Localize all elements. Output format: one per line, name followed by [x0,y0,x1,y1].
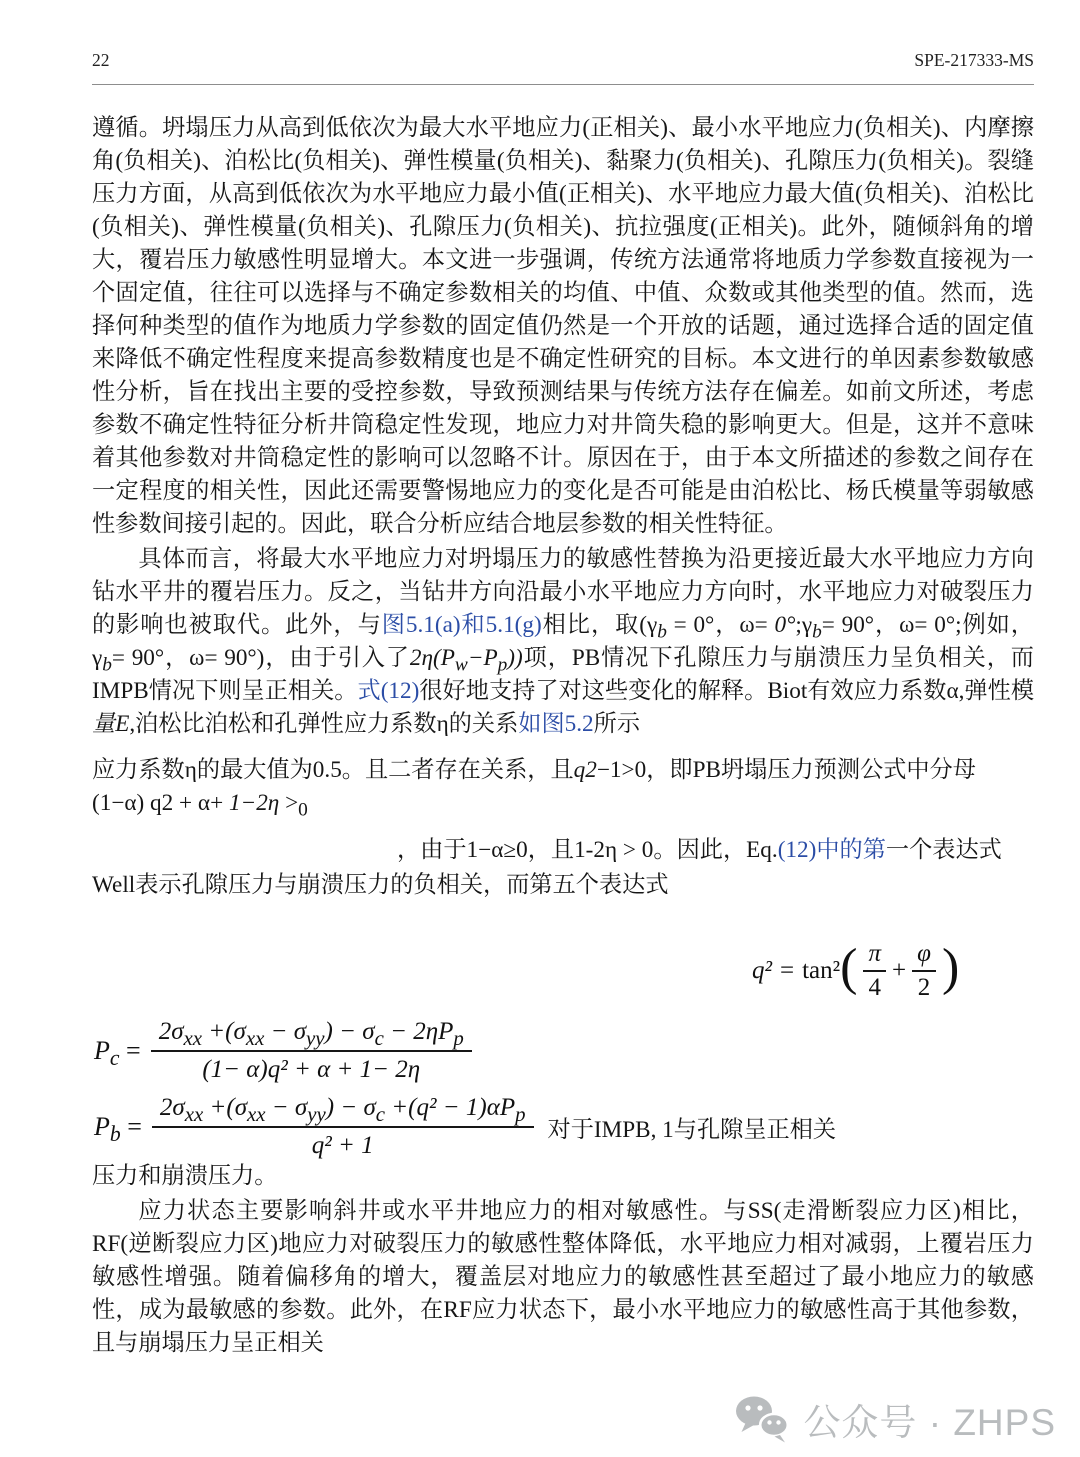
text-run: p [498,655,508,676]
fraction-pi-over-4: π 4 [863,940,886,1002]
text-run: σ [295,1094,307,1121]
text-run: σ [362,1018,374,1045]
inequality-conclusion-line: ，由于1−α≥0，且1-2η > 0。因此，Eq.(12)中的第一个表达式 [92,834,1034,867]
text-run: 2η(P [410,645,455,671]
text-run: σ [363,1094,375,1121]
text-run: yy [306,1026,325,1050]
text-run: ) − [325,1018,363,1045]
text-run: )) [507,645,522,671]
header-divider [92,84,1034,85]
fraction-numerator: π [863,940,886,972]
text-run: σ [233,1018,245,1045]
pc-numerator: 2σxx +(σxx − σyy) − σc − 2ηPp [151,1018,472,1052]
text-run: 应力系数η的最大值为0.5。且二者存在关系，且 [92,757,574,783]
text-run: σ [235,1094,247,1121]
pb-denominator: q² + 1 [304,1128,382,1160]
text-run: xx [184,1026,203,1050]
paragraph-stress-state: 应力状态主要影响斜井或水平井地应力的相对敏感性。与SS(走滑断裂应力区)相比，R… [92,1195,1034,1360]
well-expression-line: Well表示孔隙压力与崩溃压力的负相关，而第五个表达式 [92,869,1034,902]
equation-12-link[interactable]: 式(12) [358,678,420,704]
pc-lhs: Pc = [94,1036,141,1066]
equation-12-link[interactable]: (12)中的第 [778,837,886,863]
text-run: 一个表达式 [886,837,1002,863]
figure-5-1-link[interactable]: 图5.1(a)和5.1(g) [382,612,542,638]
text-run: +( [202,1018,233,1045]
text-run: σ [294,1018,306,1045]
wechat-icon [733,1394,791,1444]
text-run: 所示 [594,711,640,737]
text-run: ) − [326,1094,364,1121]
text-run: ;γ [795,612,812,638]
text-run: c [376,1102,385,1126]
text-run: b [812,622,822,643]
document-page: 22 SPE-217333-MS 遵循。坍塌压力从高到低依次为最大水平地应力(正… [0,0,1080,1457]
text-run: b [102,655,112,676]
text-run: yy [307,1102,326,1126]
text-run: − [264,1018,293,1045]
text-run: +( [203,1094,234,1121]
page-number: 22 [92,50,110,71]
text-run: 量 [92,711,115,737]
text-run: xx [247,1102,266,1126]
fraction-denominator: 4 [864,972,887,1002]
text-run: p [453,1026,463,1050]
page-header: 22 SPE-217333-MS [0,0,1080,71]
pc-fraction: 2σxx +(σxx − σyy) − σc − 2ηPp (1− α)q² +… [151,1018,472,1084]
fraction-denominator: 2 [913,972,936,1002]
watermark: 公众号 · ZHPS [733,1392,1056,1446]
open-paren: ( [840,945,857,992]
text-run: = 0°，ω= [667,612,775,638]
text-run: = 90°，ω= 90°)，由于引入了 [112,645,410,671]
doc-id: SPE-217333-MS [914,50,1034,71]
pb-lhs: Pb = [94,1112,142,1142]
text-run: −1>0，即PB坍塌压力预测公式中分母 [597,757,976,783]
text-run: c [375,1026,384,1050]
watermark-label: 公众号 · ZHPS [803,1392,1056,1446]
pb-fraction: 2σxx +(σxx − σyy) − σc +(q² − 1)αPp q² +… [152,1094,534,1160]
paragraph-eta-coefficient: 应力系数η的最大值为0.5。且二者存在关系，且q2−1>0，即PB坍塌压力预测公… [0,754,1080,820]
text-run: q2 [574,757,597,783]
text-run: xx [246,1026,265,1050]
text-run: 2σ [159,1018,184,1045]
fraction-numerator: φ [912,940,936,972]
text-run: +( [385,1094,416,1121]
text-run: 0° [775,612,796,638]
text-run: p [515,1102,525,1126]
pb-continuation-line: 压力和崩溃压力。 [92,1160,1034,1193]
pb-numerator: 2σxx +(σxx − σyy) − σc +(q² − 1)αPp [152,1094,534,1128]
text-run: xx [185,1102,204,1126]
text-run: w [455,655,468,676]
fraction-phi-over-2: φ 2 [912,940,936,1002]
close-paren: ) [942,945,959,992]
figure-5-2-link[interactable]: 如图5.2 [518,711,593,737]
equals-sign: = [780,957,794,985]
eta-max-line: 应力系数η的最大值为0.5。且二者存在关系，且q2−1>0，即PB坍塌压力预测公… [92,754,1034,787]
tan-squared: tan² [802,957,840,985]
text-run: q² − 1)αP [417,1094,516,1121]
q-squared-lhs: q² [752,957,772,985]
text-run: E [115,711,129,737]
equation-q-squared: q² = tan² ( π 4 + φ 2 ) [752,940,1080,1002]
text-run: 很好地支持了对这些变化的解释。Biot有效应力系数α,弹性模 [419,678,1034,704]
pb-side-note: 对于IMPB, 1与孔隙呈正相关 [548,1110,837,1144]
pc-denominator: (1− α)q² + α + 1− 2η [194,1052,428,1084]
paragraph-sensitivity-ranking: 遵循。坍塌压力从高到低依次为最大水平地应力(正相关)、最小水平地应力(负相关)、… [92,112,1034,541]
text-run: ，由于1−α≥0，且1-2η > 0。因此，Eq. [397,837,778,863]
text-run: (1−α) q2 + α+ [92,790,229,816]
text-run: > [279,790,298,816]
text-run: 0 [298,800,308,821]
text-run: 2σ [160,1094,185,1121]
text-run: 相比，取(γ [542,612,658,638]
plus-sign: + [892,957,906,985]
text-run: − 2ηP [384,1018,454,1045]
text-run: − [266,1094,295,1121]
equation-collapse-pressure: Pc = 2σxx +(σxx − σyy) − σc − 2ηPp (1− α… [94,1018,1080,1084]
paragraph-replacement-analysis: 具体而言，将最大水平地应力对坍塌压力的敏感性替换为沿更接近最大水平地应力方向钻水… [92,543,1034,741]
text-run: ,泊松比泊松和孔弹性应力系数η的关系 [129,711,518,737]
text-run: 1−2η [229,790,279,816]
denominator-inequality-line: (1−α) q2 + α+ 1−2η >0 [92,787,1034,820]
text-run: b [657,622,667,643]
text-run: −P [468,645,498,671]
equation-fracture-pressure: Pb = 2σxx +(σxx − σyy) − σc +(q² − 1)αPp… [94,1094,1080,1160]
